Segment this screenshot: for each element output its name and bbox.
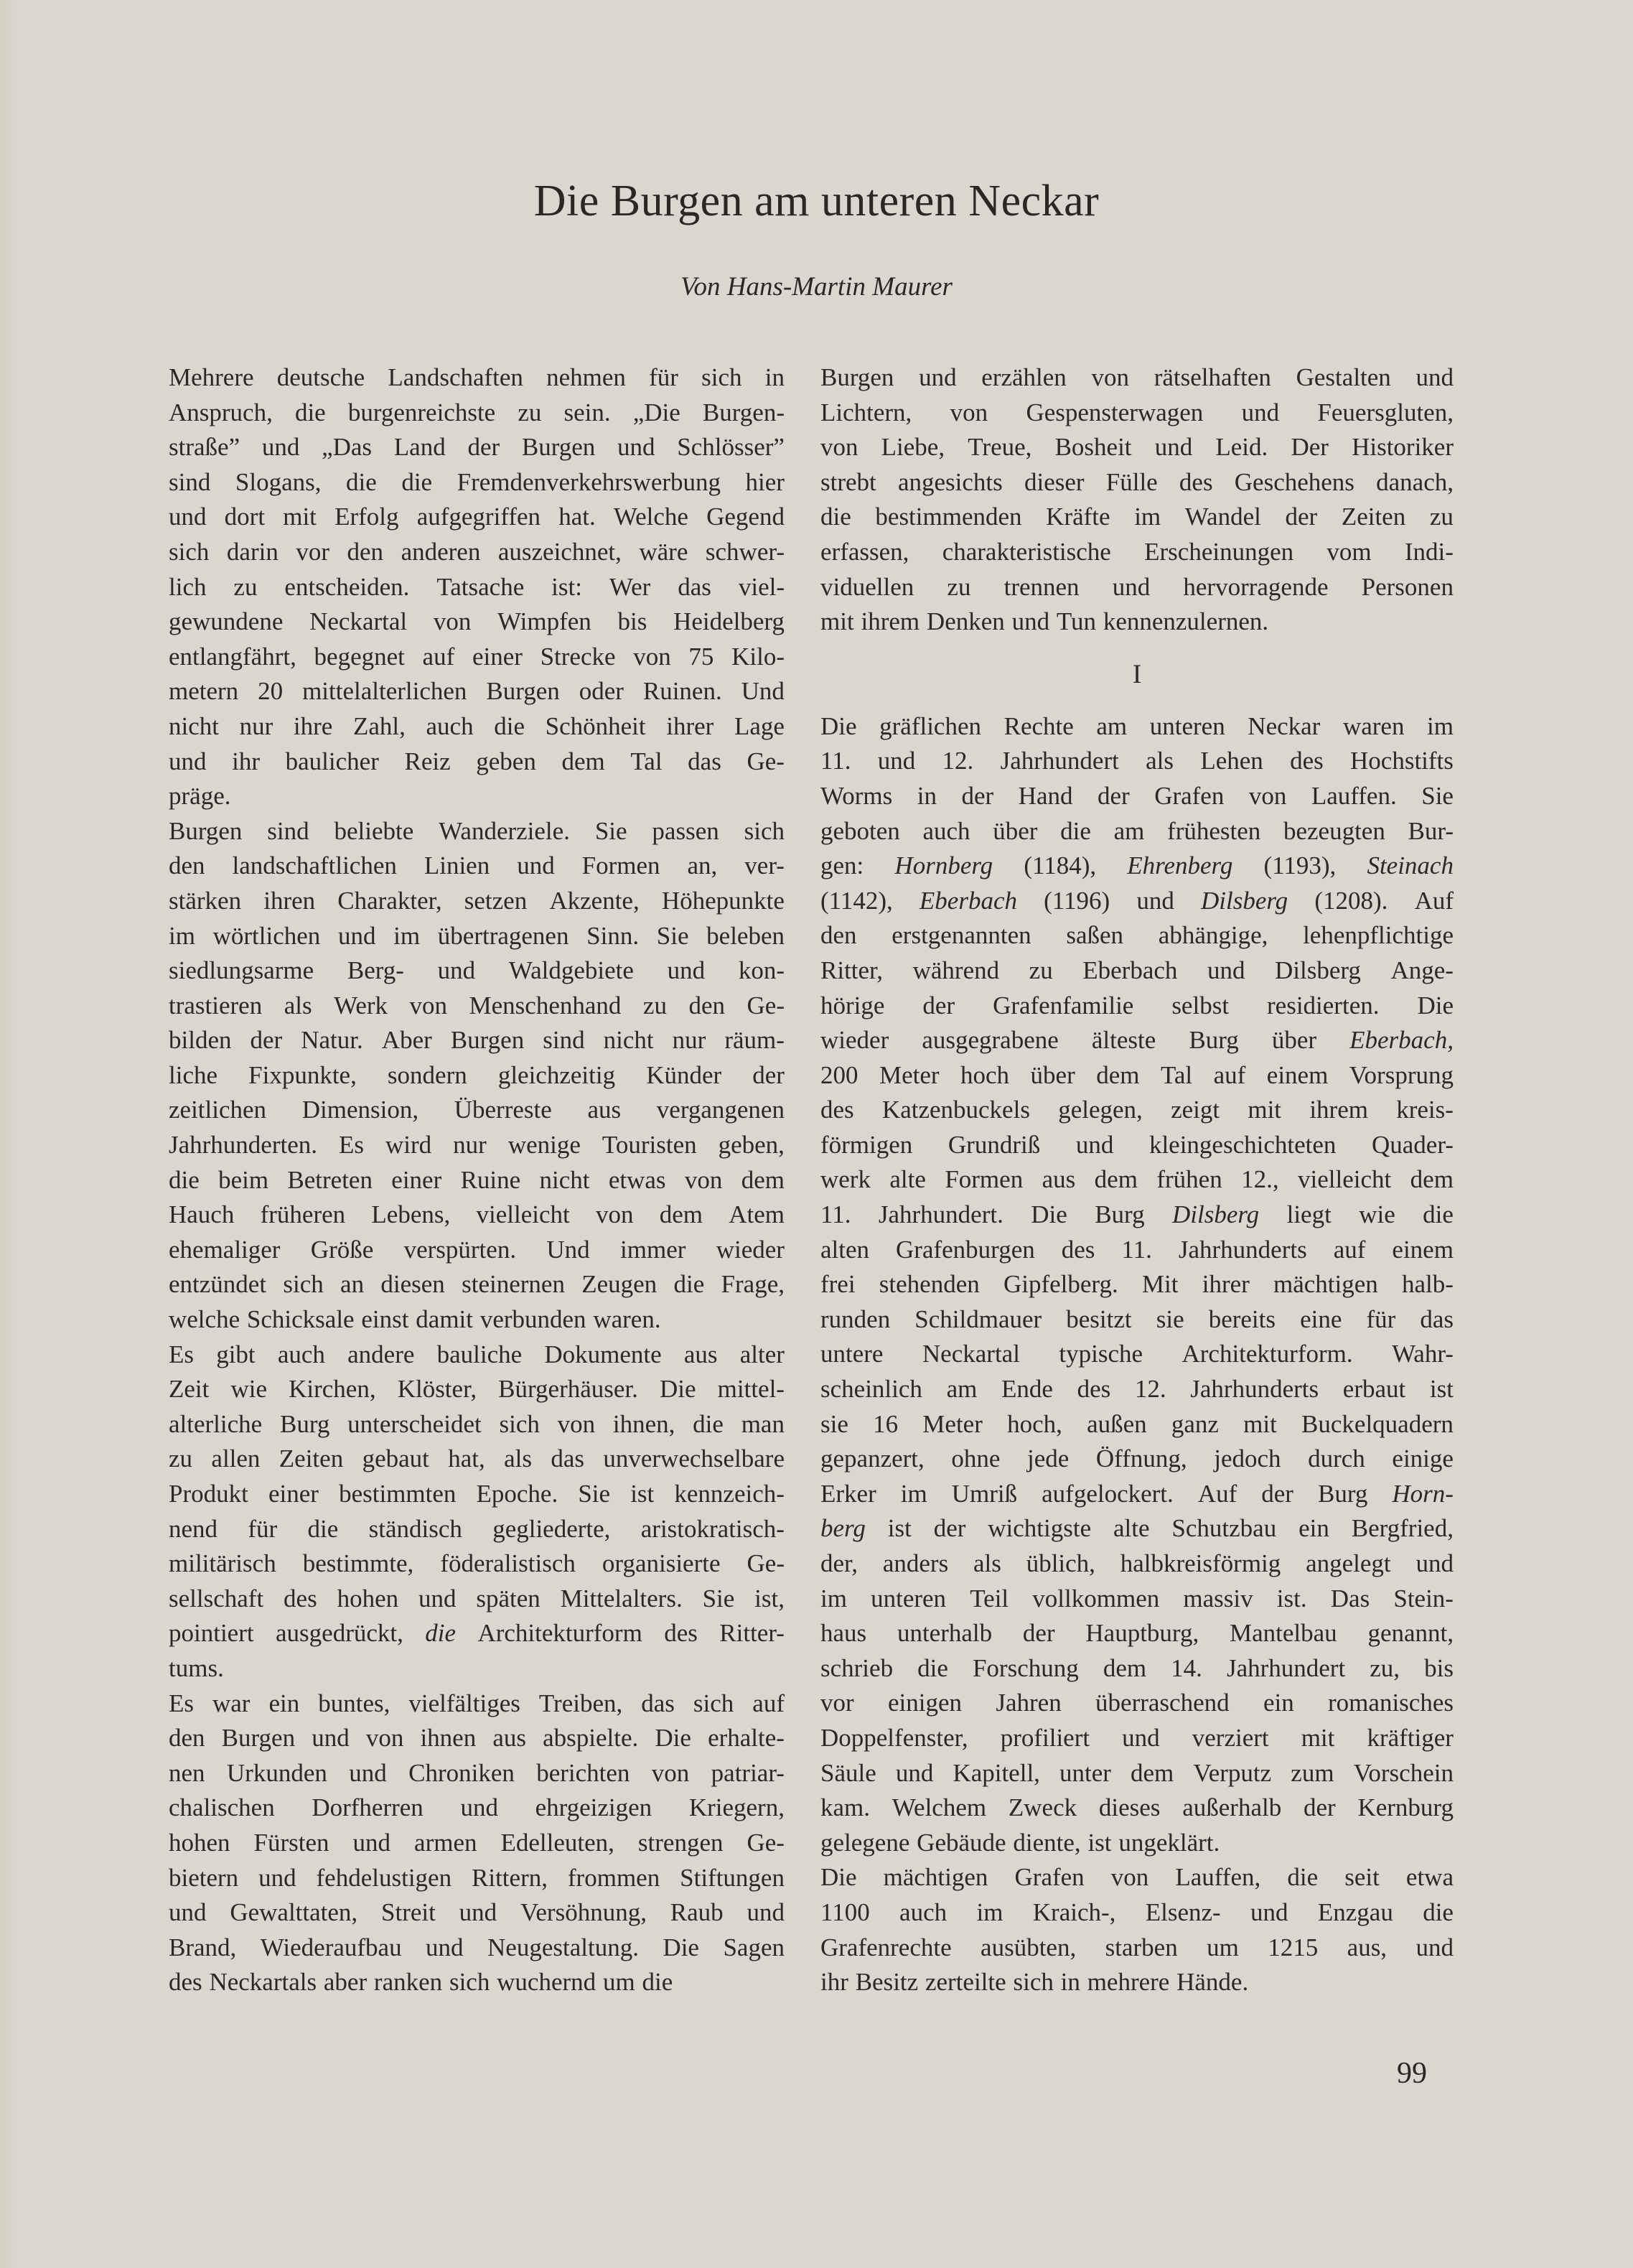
- word: die: [494, 709, 525, 745]
- word: an,: [688, 849, 718, 884]
- word: wuchernd: [497, 1965, 596, 2000]
- word: saßen: [1066, 918, 1123, 953]
- word: Gebäude: [917, 1826, 1006, 1861]
- page-edge-shadow: [0, 0, 16, 2268]
- word: ihnen: [420, 1721, 476, 1756]
- word: Liebe,: [881, 430, 945, 465]
- word: Jahrhunderten.: [169, 1128, 317, 1163]
- word: das: [688, 745, 721, 780]
- word: die: [1060, 814, 1091, 849]
- word: Burgen: [451, 1023, 524, 1058]
- word: Strecke: [541, 640, 616, 675]
- word: Sie: [703, 1582, 735, 1617]
- word: Lauffen,: [1175, 1860, 1260, 1895]
- word: unteren: [1150, 709, 1225, 745]
- word: bis: [1424, 1651, 1454, 1686]
- word: den: [688, 989, 725, 1024]
- word: zum: [1291, 1756, 1334, 1791]
- word: Welchem: [892, 1791, 986, 1826]
- word: früheren: [261, 1198, 346, 1233]
- word: Slogans,: [235, 465, 322, 500]
- word: und: [1242, 396, 1280, 431]
- word: Charakter,: [337, 884, 441, 919]
- text-line: hausunterhalbderHauptburg,Mantelbaugenan…: [820, 1616, 1454, 1651]
- word: Formen: [582, 849, 660, 884]
- word: ausgedrückt,: [276, 1616, 403, 1651]
- word: charakteristische: [942, 535, 1111, 570]
- word: Sie: [595, 814, 627, 849]
- word: auf: [1334, 1233, 1366, 1268]
- word: Dokumente: [544, 1338, 661, 1373]
- word: Hand: [1019, 779, 1073, 814]
- word: Eberbach: [1082, 953, 1177, 989]
- word: Formen: [945, 1162, 1023, 1198]
- word: 11.: [820, 1198, 851, 1233]
- text-line: nenUrkundenundChronikenberichtenvonpatri…: [169, 1756, 785, 1791]
- word: Burg: [1189, 1023, 1238, 1058]
- word: Zeugen: [581, 1267, 657, 1302]
- word: liche: [169, 1058, 217, 1093]
- page-number: 99: [1397, 2055, 1427, 2091]
- word: Ge-: [747, 1826, 784, 1861]
- text-line: hörigederGrafenfamilieselbstresidierten.…: [820, 989, 1454, 1024]
- word: entscheiden.: [284, 570, 409, 605]
- word: Bosheit: [1055, 430, 1132, 465]
- word: andere: [347, 1338, 414, 1373]
- word: im: [976, 1895, 1003, 1931]
- word: alten: [820, 1233, 869, 1268]
- text-line: sichdarinvordenanderenauszeichnet,wäresc…: [169, 535, 785, 570]
- word: und: [312, 1721, 350, 1756]
- text-line: desKatzenbuckelsgelegen,zeigtmitihremkre…: [820, 1093, 1454, 1128]
- word: und: [169, 500, 207, 535]
- word: nicht: [169, 709, 219, 745]
- text-line: Lichtern,vonGespensterwagenundFeuersglut…: [820, 396, 1454, 431]
- word: Umriß: [952, 1477, 1017, 1512]
- word: Burg: [280, 1407, 329, 1442]
- text-line: Doppelfenster,profiliertundverziertmitkr…: [820, 1721, 1454, 1756]
- word: einer: [472, 640, 523, 675]
- word: Menschenhand: [469, 989, 622, 1024]
- word: kennzeich-: [674, 1477, 785, 1512]
- word: 11.: [1121, 1233, 1151, 1268]
- word: Burgen: [522, 430, 595, 465]
- word: Dilsberg: [1275, 953, 1361, 989]
- word: Kriegern,: [689, 1791, 785, 1826]
- word: Gipfelberg.: [1003, 1267, 1118, 1302]
- word: Frage,: [721, 1267, 785, 1302]
- text-line: lichzuentscheiden.Tatsacheist:Werdasviel…: [169, 570, 785, 605]
- word: Natur.: [301, 1023, 363, 1058]
- word: aufgelockert.: [1042, 1477, 1174, 1512]
- word: Dilsberg: [1172, 1198, 1259, 1233]
- word: Tal: [1161, 1058, 1192, 1093]
- word: wieder: [820, 1023, 889, 1058]
- word: bestimmenden: [875, 500, 1021, 535]
- word: man: [741, 1407, 785, 1442]
- text-line: zeitlichenDimension,Überresteausvergange…: [169, 1093, 785, 1128]
- text-line: rundenSchildmauerbesitztsiebereitseinefü…: [820, 1302, 1454, 1338]
- word: strengen: [638, 1826, 724, 1861]
- word: des: [1062, 1233, 1095, 1268]
- word: Lauffen.: [1311, 779, 1397, 814]
- word: Jahrhunderts: [1179, 1233, 1307, 1268]
- text-line: desNeckartalsaberrankensichwucherndumdie: [169, 1965, 785, 2000]
- word: des: [169, 1965, 202, 2000]
- text-line: förmigenGrundrißundkleingeschichtetenQua…: [820, 1128, 1454, 1163]
- text-line: diebestimmendenKräfteimWandelderZeitenzu: [820, 500, 1454, 535]
- word: das: [678, 570, 711, 605]
- word: frühen: [1156, 1162, 1222, 1198]
- word: im: [393, 919, 420, 954]
- word: und: [668, 953, 706, 989]
- word: und: [338, 919, 376, 954]
- word: mittelalterlichen: [302, 674, 467, 709]
- word: unterhalb: [897, 1616, 992, 1651]
- word: Die: [655, 1721, 691, 1756]
- word: und: [169, 745, 207, 780]
- word: an: [340, 1267, 364, 1302]
- word: wenige: [508, 1128, 581, 1163]
- word: des: [1290, 744, 1324, 779]
- word: ist: [888, 1511, 912, 1546]
- word: von: [950, 396, 988, 431]
- word: dort: [225, 500, 265, 535]
- word: sind: [543, 1023, 584, 1058]
- word: Treue,: [968, 430, 1031, 465]
- word: ihr: [820, 1965, 848, 2000]
- word: Worms: [820, 779, 892, 814]
- word: in: [917, 779, 937, 814]
- word: Sie: [657, 919, 689, 954]
- word: auch: [899, 1895, 947, 1931]
- word: Wimpfen: [497, 605, 591, 640]
- word: erzählen: [981, 360, 1067, 396]
- word: übertragenen: [438, 919, 569, 954]
- word: Es: [339, 1128, 364, 1163]
- word: des: [1077, 1372, 1111, 1407]
- word: Geschehens: [1235, 465, 1354, 500]
- word: danach,: [1376, 465, 1454, 500]
- word: geben: [476, 745, 536, 780]
- word: den: [347, 535, 384, 570]
- word: Landschaften: [388, 360, 523, 396]
- word: Touristen: [602, 1128, 697, 1163]
- word: von: [820, 430, 858, 465]
- word: militärisch: [169, 1546, 276, 1582]
- word: gibt: [216, 1338, 255, 1373]
- word: ganz: [1171, 1407, 1219, 1442]
- word: Epoche.: [477, 1477, 558, 1512]
- word: Künder: [646, 1058, 721, 1093]
- word: Stein-: [1393, 1582, 1454, 1617]
- word: mehrere: [1087, 1965, 1170, 2000]
- word: massiv: [1183, 1582, 1253, 1617]
- text-line: welcheSchicksaleeinstdamitverbundenwaren…: [169, 1302, 785, 1338]
- word: die: [425, 1616, 456, 1651]
- text-line: wiederausgegrabeneältesteBurgüberEberbac…: [820, 1023, 1454, 1058]
- word: angesichts: [898, 465, 1003, 500]
- word: nehmen: [546, 360, 626, 396]
- word: mit: [1248, 1093, 1281, 1128]
- word: Neckar: [1248, 709, 1320, 745]
- word: wichtigste: [988, 1511, 1091, 1546]
- word: auf: [752, 1686, 785, 1722]
- text-line: 1100auchimKraich-,Elsenz-undEnzgaudie: [820, 1895, 1454, 1931]
- word: gewundene: [169, 605, 283, 640]
- word: frei: [820, 1267, 856, 1302]
- word: für: [248, 1512, 277, 1547]
- text-line: bieternundfehdelustigenRittern,frommenSt…: [169, 1861, 785, 1896]
- text-line: 11.Jahrhundert.DieBurgDilsbergliegtwiedi…: [820, 1198, 1454, 1233]
- word: diesen: [380, 1267, 444, 1302]
- word: zeigt: [1171, 1093, 1220, 1128]
- word: die: [1287, 1860, 1318, 1895]
- text-line: stärkenihrenCharakter,setzenAkzente,Höhe…: [169, 884, 785, 919]
- word: organisierte: [602, 1546, 721, 1582]
- word: Indi-: [1405, 535, 1454, 570]
- word: untere: [820, 1337, 883, 1372]
- word: viduellen: [820, 570, 914, 605]
- word: mit: [820, 605, 854, 640]
- text-line: freistehendenGipfelberg.Mitihrermächtige…: [820, 1267, 1454, 1302]
- text-line: straße”und„DasLandderBurgenundSchlösser”: [169, 430, 785, 465]
- text-line: Eswareinbuntes,vielfältigesTreiben,dassi…: [169, 1686, 785, 1722]
- word: Besitz: [856, 1965, 918, 2000]
- word: einige: [1392, 1442, 1454, 1477]
- word: kennenzulernen.: [1103, 605, 1268, 640]
- word: vor: [820, 1686, 854, 1721]
- text-line: licheFixpunkte,sonderngleichzeitigKünder…: [169, 1058, 785, 1093]
- word: stehenden: [879, 1267, 980, 1302]
- text-line: altenGrafenburgendes11.Jahrhundertsaufei…: [820, 1233, 1454, 1268]
- word: „Die: [633, 396, 680, 431]
- text-line: zuallenZeitengebauthat,alsdasunverwechse…: [169, 1442, 785, 1477]
- word: Meter: [879, 1058, 940, 1093]
- word: zerteilte: [925, 1965, 1006, 2000]
- word: Berg-: [347, 953, 404, 989]
- word: damit: [416, 1302, 473, 1338]
- word: aristokratisch-: [641, 1512, 785, 1547]
- word: Versöhnung,: [520, 1895, 647, 1931]
- word: Chroniken: [408, 1756, 515, 1791]
- word: dem: [1103, 1651, 1146, 1686]
- word: kon-: [739, 953, 785, 989]
- word: romanisches: [1328, 1686, 1454, 1721]
- word: kleingeschichteten: [1149, 1128, 1336, 1163]
- word: auch: [278, 1338, 325, 1373]
- word: 14.: [1171, 1651, 1202, 1686]
- word: Hornberg: [894, 849, 993, 884]
- word: die: [693, 1407, 724, 1442]
- word: nur: [240, 709, 273, 745]
- word: dem: [1096, 1058, 1139, 1093]
- word: 12.,: [1241, 1162, 1279, 1198]
- word: buntes,: [318, 1686, 390, 1722]
- word: war: [212, 1686, 250, 1722]
- word: und: [517, 849, 555, 884]
- word: während: [913, 953, 1000, 989]
- word: Die: [1031, 1198, 1067, 1233]
- word: zu: [1430, 500, 1454, 535]
- word: (1184),: [1024, 849, 1096, 884]
- text-line: militärischbestimmte,föderalistischorgan…: [169, 1546, 785, 1582]
- word: und: [1416, 1931, 1454, 1966]
- word: aus: [684, 1338, 718, 1373]
- word: dem: [561, 745, 604, 780]
- word: Jahrhundert: [1227, 1651, 1345, 1686]
- word: bezeugten: [1283, 814, 1385, 849]
- word: der: [1261, 1477, 1293, 1512]
- text-line: bildenderNatur.AberBurgensindnichtnurräu…: [169, 1023, 785, 1058]
- text-line: gen:Hornberg(1184),Ehrenberg(1193),Stein…: [820, 849, 1454, 884]
- word: angelegt: [1306, 1546, 1391, 1582]
- word: Kirchen,: [289, 1372, 375, 1407]
- word: und: [1250, 1895, 1288, 1931]
- word: mittel-: [718, 1372, 785, 1407]
- word: des: [664, 1616, 698, 1651]
- word: dem: [1131, 1756, 1174, 1791]
- word: stärken: [169, 884, 241, 919]
- word: entlangfährt,: [169, 640, 296, 675]
- word: und: [747, 1895, 785, 1931]
- word: Werk: [334, 989, 388, 1024]
- word: besitzt: [1066, 1302, 1131, 1338]
- word: kräftiger: [1367, 1721, 1453, 1756]
- word: mit: [1243, 1407, 1277, 1442]
- word: jede: [1027, 1442, 1069, 1477]
- word: zu: [643, 989, 667, 1024]
- word: sie: [1156, 1302, 1184, 1338]
- word: Erscheinungen: [1144, 535, 1293, 570]
- word: abhängige,: [1159, 918, 1268, 953]
- word: und: [262, 430, 300, 465]
- text-line: Grafenrechteausübten,starbenum1215aus,un…: [820, 1931, 1454, 1966]
- word: älteste: [1092, 1023, 1156, 1058]
- word: vor: [296, 535, 329, 570]
- word: Produkt: [169, 1477, 248, 1512]
- word: 1100: [820, 1895, 870, 1931]
- word: der: [467, 430, 500, 465]
- word: gen:: [820, 849, 864, 884]
- word: hervorragende: [1183, 570, 1328, 605]
- word: sich: [499, 1407, 539, 1442]
- word: wie: [230, 1372, 267, 1407]
- word: Denken: [927, 605, 1005, 640]
- text-line: werkalteFormenausdemfrühen12.,vielleicht…: [820, 1162, 1454, 1198]
- word: Elsenz-: [1146, 1895, 1221, 1931]
- word: Zahl,: [353, 709, 406, 745]
- word: scheinlich: [820, 1372, 922, 1407]
- word: (1196): [1044, 884, 1110, 919]
- word: die: [917, 1651, 948, 1686]
- word: das: [1420, 1302, 1454, 1338]
- word: ungeklärt.: [1118, 1826, 1220, 1861]
- word: Jahrhundert: [1001, 744, 1119, 779]
- word: verspürten.: [404, 1233, 516, 1268]
- word: im: [1427, 709, 1454, 745]
- word: darin: [227, 535, 279, 570]
- word: selbst: [1171, 989, 1229, 1024]
- word: Größe: [311, 1233, 373, 1268]
- word: förmigen: [820, 1128, 912, 1163]
- word: Burg: [1095, 1198, 1144, 1233]
- word: des: [820, 1093, 854, 1128]
- word: auch: [922, 814, 970, 849]
- word: armen: [414, 1826, 477, 1861]
- word: der: [1304, 1791, 1336, 1826]
- word: Lage: [734, 709, 785, 745]
- word: hohen: [169, 1826, 230, 1861]
- word: in: [1061, 1965, 1080, 2000]
- text-line: unddortmitErfolgaufgegriffenhat.WelcheGe…: [169, 500, 785, 535]
- text-line: Brand,WiederaufbauundNeugestaltung.DieSa…: [169, 1931, 785, 1966]
- word: am: [1114, 814, 1145, 849]
- word: Anspruch,: [169, 396, 273, 431]
- word: erstgenannten: [892, 918, 1031, 953]
- word: Ritter-: [719, 1616, 785, 1651]
- word: Ritter,: [820, 953, 883, 989]
- word: Jahren: [996, 1686, 1061, 1721]
- word: hat.: [558, 500, 596, 535]
- word: Rechte: [1004, 709, 1074, 745]
- text-line: sindSlogans,diedieFremdenverkehrswerbung…: [169, 465, 785, 500]
- word: „Das: [322, 430, 372, 465]
- word: schwer-: [706, 535, 785, 570]
- word: gelegene: [820, 1826, 909, 1861]
- word: der: [934, 1511, 966, 1546]
- word: ist:: [551, 570, 582, 605]
- word: Zweck: [1009, 1791, 1077, 1826]
- word: 75: [688, 640, 713, 675]
- word: von: [596, 1198, 634, 1233]
- word: ist,: [754, 1582, 785, 1617]
- word: hörige: [820, 989, 884, 1024]
- word: Zeiten: [1342, 500, 1405, 535]
- word: (1142),: [820, 884, 893, 919]
- word: ausübten,: [981, 1931, 1076, 1966]
- word: über: [1031, 1058, 1075, 1093]
- word: einem: [1267, 1058, 1329, 1093]
- word: Land: [394, 430, 446, 465]
- word: von: [558, 1407, 596, 1442]
- word: waren: [1343, 709, 1405, 745]
- word: Personen: [1362, 570, 1454, 605]
- word: Dimension,: [302, 1093, 418, 1128]
- word: gleichzeitig: [498, 1058, 615, 1093]
- word: kreis-: [1396, 1093, 1454, 1128]
- word: Neugestaltung.: [487, 1931, 639, 1966]
- word: Grundriß: [948, 1128, 1040, 1163]
- word: Treiben,: [539, 1686, 622, 1722]
- word: Bürgerhäuser.: [498, 1372, 638, 1407]
- word: beliebte: [334, 814, 414, 849]
- word: Wer: [609, 570, 650, 605]
- word: aus: [587, 1093, 621, 1128]
- word: und: [459, 1895, 497, 1931]
- article-title: Die Burgen am unteren Neckar: [0, 172, 1633, 230]
- word: Urkunden: [227, 1756, 327, 1791]
- word: Auf: [1198, 1477, 1237, 1512]
- section-numeral: I: [820, 640, 1454, 709]
- text-line: ZeitwieKirchen,Klöster,Bürgerhäuser.Diem…: [169, 1372, 785, 1407]
- word: nicht: [604, 1023, 654, 1058]
- word: und: [1416, 360, 1454, 396]
- word: wie: [1359, 1198, 1395, 1233]
- word: hat,: [448, 1442, 485, 1477]
- author-byline: Von Hans-Martin Maurer: [0, 269, 1633, 305]
- word: für: [1366, 1302, 1395, 1338]
